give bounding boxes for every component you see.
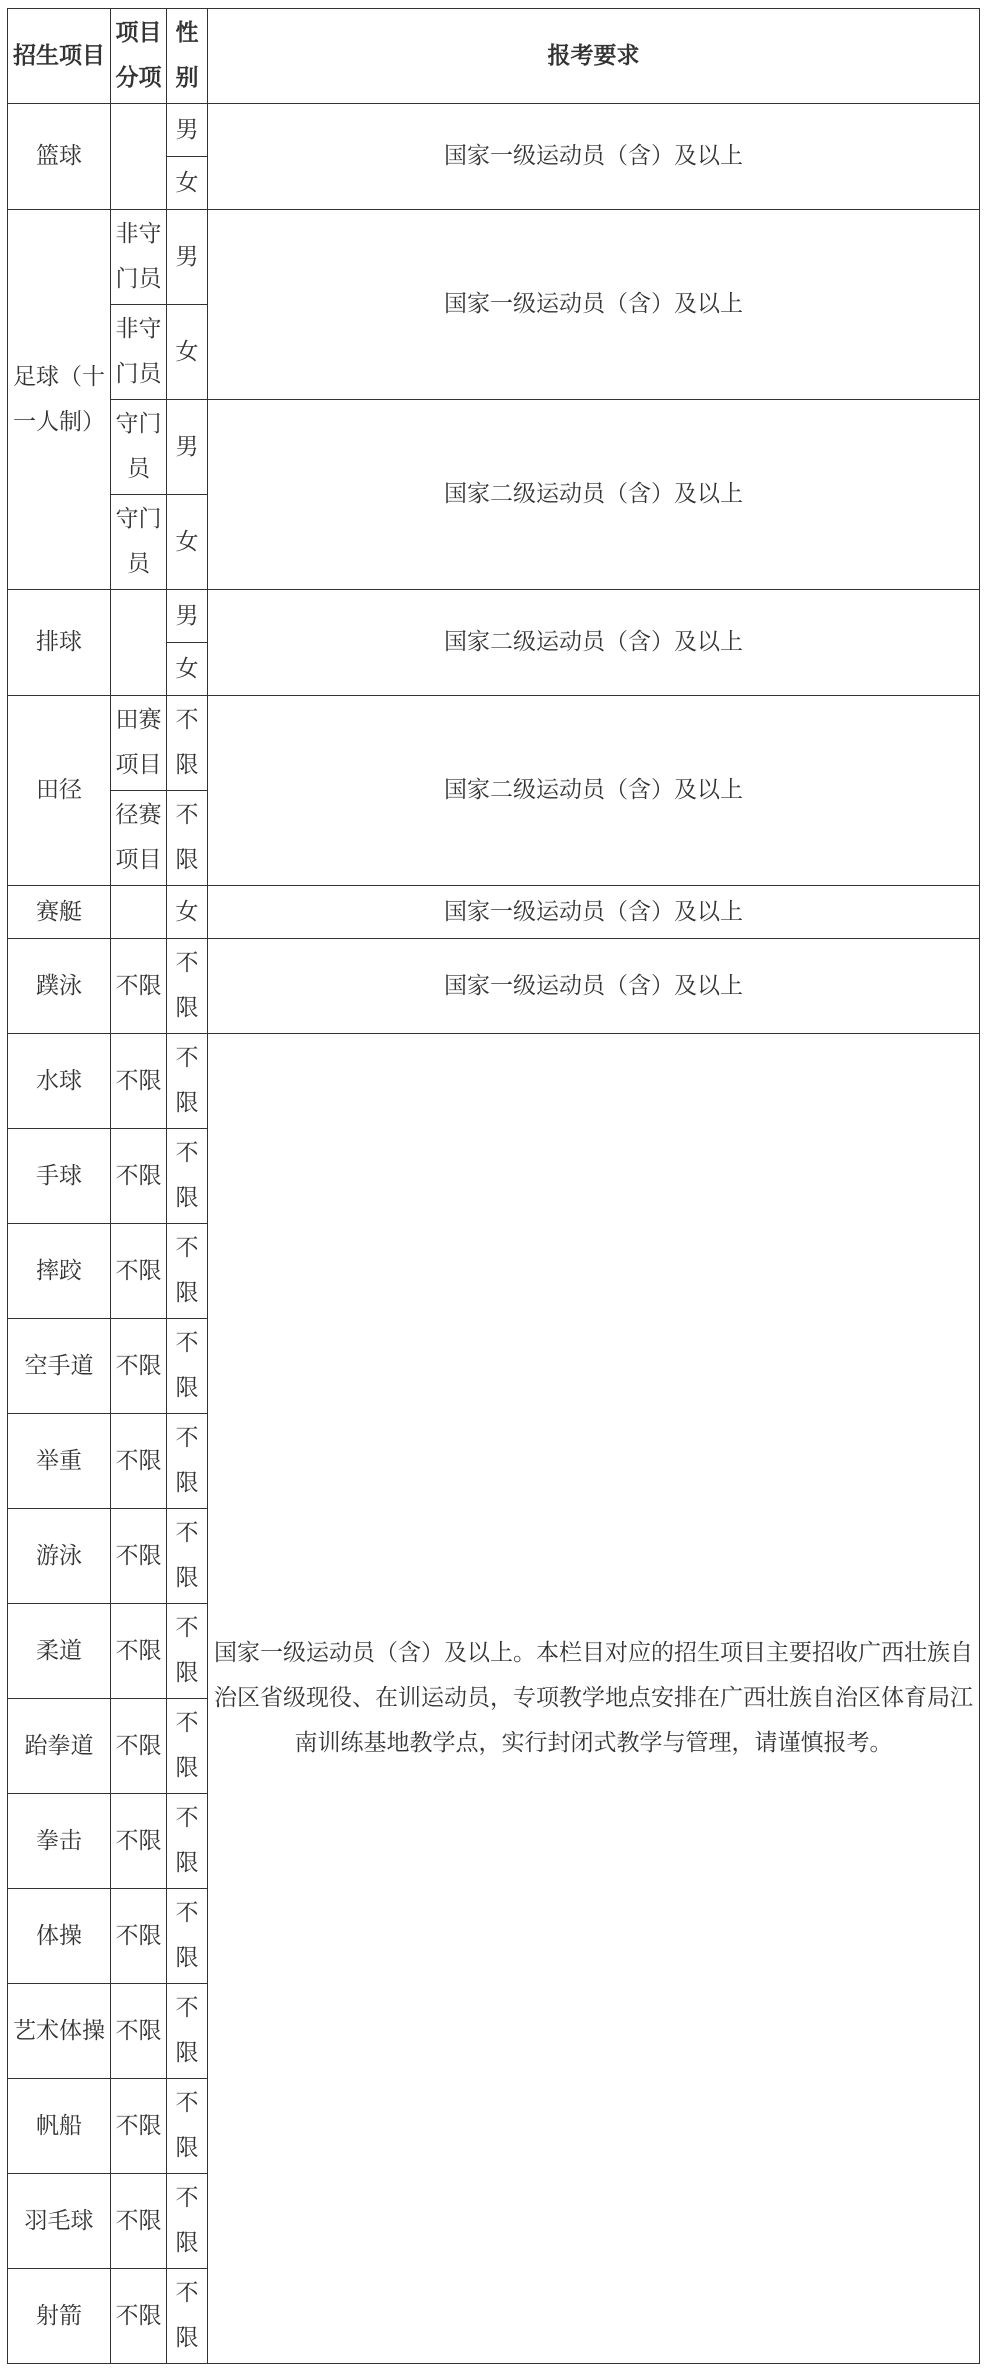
gender-cell: 不限	[167, 791, 208, 886]
requirement-cell: 国家二级运动员（含）及以上	[208, 590, 980, 696]
gender-cell: 女	[167, 157, 208, 210]
gender-cell: 不限	[167, 1414, 208, 1509]
project-cell: 举重	[8, 1414, 111, 1509]
project-cell: 手球	[8, 1129, 111, 1224]
table-row: 田径 田赛项目 不限 国家二级运动员（含）及以上	[8, 696, 980, 791]
article-body: 招生项目 项目分项 性别 报考要求 篮球 男 国家一级运动员（含）及以上 女 足…	[0, 0, 987, 2372]
project-cell: 篮球	[8, 104, 111, 210]
gender-cell: 不限	[167, 1794, 208, 1889]
table-row: 赛艇 女 国家一级运动员（含）及以上	[8, 886, 980, 939]
gender-cell: 不限	[167, 939, 208, 1034]
project-cell: 羽毛球	[8, 2174, 111, 2269]
gender-cell: 女	[167, 643, 208, 696]
subitem-cell: 不限	[111, 1319, 167, 1414]
subitem-cell: 不限	[111, 1414, 167, 1509]
gender-cell: 不限	[167, 1129, 208, 1224]
project-cell: 跆拳道	[8, 1699, 111, 1794]
requirement-cell: 国家一级运动员（含）及以上	[208, 104, 980, 210]
project-cell: 帆船	[8, 2079, 111, 2174]
gender-cell: 女	[167, 495, 208, 590]
gender-cell: 不限	[167, 1034, 208, 1129]
header-requirement: 报考要求	[208, 9, 980, 104]
gender-cell: 不限	[167, 1699, 208, 1794]
subitem-cell: 不限	[111, 1224, 167, 1319]
gender-cell: 不限	[167, 1604, 208, 1699]
gender-cell: 女	[167, 305, 208, 400]
project-cell: 射箭	[8, 2269, 111, 2364]
table-row: 水球 不限 不限 国家一级运动员（含）及以上。本栏目对应的招生项目主要招收广西壮…	[8, 1034, 980, 1129]
gender-cell: 男	[167, 400, 208, 495]
table-row: 篮球 男 国家一级运动员（含）及以上	[8, 104, 980, 157]
table-row: 守门员 男 国家二级运动员（含）及以上	[8, 400, 980, 495]
requirement-cell: 国家一级运动员（含）及以上	[208, 210, 980, 400]
table-row: 排球 男 国家二级运动员（含）及以上	[8, 590, 980, 643]
subitem-cell: 不限	[111, 1984, 167, 2079]
project-cell: 田径	[8, 696, 111, 886]
subitem-cell: 不限	[111, 2079, 167, 2174]
subitem-cell	[111, 104, 167, 210]
project-cell: 蹼泳	[8, 939, 111, 1034]
requirement-cell: 国家一级运动员（含）及以上	[208, 886, 980, 939]
project-cell: 柔道	[8, 1604, 111, 1699]
project-cell: 拳击	[8, 1794, 111, 1889]
project-cell: 水球	[8, 1034, 111, 1129]
subitem-cell: 不限	[111, 1509, 167, 1604]
header-gender: 性别	[167, 9, 208, 104]
gender-cell: 不限	[167, 696, 208, 791]
subitem-cell: 不限	[111, 2269, 167, 2364]
requirement-cell: 国家二级运动员（含）及以上	[208, 696, 980, 886]
gender-cell: 不限	[167, 1509, 208, 1604]
subitem-cell	[111, 590, 167, 696]
requirement-cell-merged: 国家一级运动员（含）及以上。本栏目对应的招生项目主要招收广西壮族自治区省级现役、…	[208, 1034, 980, 2364]
subitem-cell: 守门员	[111, 400, 167, 495]
header-project: 招生项目	[8, 9, 111, 104]
gender-cell: 不限	[167, 2079, 208, 2174]
subitem-cell: 不限	[111, 1604, 167, 1699]
table-header-row: 招生项目 项目分项 性别 报考要求	[8, 9, 980, 104]
subitem-cell: 不限	[111, 1699, 167, 1794]
gender-cell: 女	[167, 886, 208, 939]
subitem-cell: 非守门员	[111, 210, 167, 305]
project-cell: 游泳	[8, 1509, 111, 1604]
subitem-cell: 守门员	[111, 495, 167, 590]
requirement-cell: 国家一级运动员（含）及以上	[208, 939, 980, 1034]
gender-cell: 不限	[167, 1984, 208, 2079]
project-cell: 艺术体操	[8, 1984, 111, 2079]
admissions-table: 招生项目 项目分项 性别 报考要求 篮球 男 国家一级运动员（含）及以上 女 足…	[7, 8, 980, 2364]
gender-cell: 不限	[167, 1889, 208, 1984]
project-cell: 体操	[8, 1889, 111, 1984]
subitem-cell: 径赛项目	[111, 791, 167, 886]
gender-cell: 不限	[167, 1224, 208, 1319]
subitem-cell: 田赛项目	[111, 696, 167, 791]
gender-cell: 男	[167, 590, 208, 643]
gender-cell: 不限	[167, 2174, 208, 2269]
subitem-cell: 不限	[111, 2174, 167, 2269]
gender-cell: 男	[167, 104, 208, 157]
subitem-cell: 不限	[111, 1129, 167, 1224]
project-cell: 赛艇	[8, 886, 111, 939]
page: { "colors": { "text": "#333333", "border…	[0, 0, 987, 2372]
subitem-cell: 不限	[111, 1034, 167, 1129]
gender-cell: 不限	[167, 2269, 208, 2364]
table-row: 足球（十一人制） 非守门员 男 国家一级运动员（含）及以上	[8, 210, 980, 305]
project-cell: 排球	[8, 590, 111, 696]
subitem-cell: 不限	[111, 939, 167, 1034]
subitem-cell: 不限	[111, 1794, 167, 1889]
project-cell: 空手道	[8, 1319, 111, 1414]
project-cell: 摔跤	[8, 1224, 111, 1319]
subitem-cell: 非守门员	[111, 305, 167, 400]
gender-cell: 不限	[167, 1319, 208, 1414]
header-subitem: 项目分项	[111, 9, 167, 104]
project-cell: 足球（十一人制）	[8, 210, 111, 590]
gender-cell: 男	[167, 210, 208, 305]
subitem-cell	[111, 886, 167, 939]
table-row: 蹼泳 不限 不限 国家一级运动员（含）及以上	[8, 939, 980, 1034]
requirement-cell: 国家二级运动员（含）及以上	[208, 400, 980, 590]
subitem-cell: 不限	[111, 1889, 167, 1984]
